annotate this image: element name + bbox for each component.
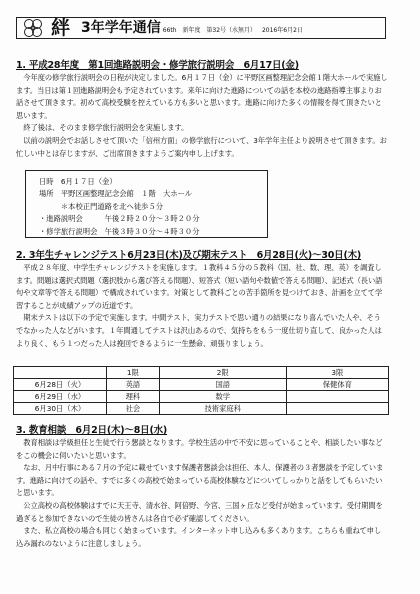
info-line: ・修学旅行説明会 午後３時３０分～４時３０分	[39, 226, 267, 238]
paragraph: 平成２８年度、中学生チャレンジテストを実施します。１教科４５分の５教科（国、社、…	[16, 262, 388, 312]
paragraph: また、私立高校の場合も同じく始まっています。インターネット申し込みも多くあります…	[16, 525, 388, 550]
header-cell	[14, 367, 107, 379]
table-header-row: 1限 2限 3限	[14, 367, 389, 379]
table-row: 6月30日（木） 社会 技術家庭科	[14, 403, 389, 415]
exam-schedule-table: 1限 2限 3限 6月28日（火） 英語 国語 保健体育 6月29日（水） 理科…	[13, 366, 389, 415]
newsletter-page: 絆 3年学年通信 66th 新年度 第32号（水無月） 2016年6月2日 1.…	[0, 0, 420, 594]
section-3-body: 教育相談は学級担任と生徒で行う懇談となります。学校生活の中で不安に思っていること…	[16, 437, 388, 550]
paragraph: 以前の説明会でお話しさせて頂いた「信州方面」の修学旅行について、3年学年主任より…	[16, 135, 388, 160]
paragraph: 公立高校の高校体験はすでに天王寺、清水谷、阿倍野、今宮、三国ヶ丘など受付が始まっ…	[16, 500, 388, 525]
info-line: 場所 平野区画整理記念会館 １階 大ホール	[39, 188, 267, 200]
event-info-box: 日時 6月１７日（金） 場所 平野区画整理記念会館 １階 大ホール ＊本校正門道…	[25, 170, 268, 238]
cell: 保健体育	[286, 379, 388, 391]
kizuna-mark: 絆	[51, 18, 69, 38]
section-2-body: 平成２８年度、中学生チャレンジテストを実施します。１教科４５分の５教科（国、社、…	[16, 262, 388, 350]
header-cell: 1限	[107, 367, 160, 379]
cell: 6月28日（火）	[14, 379, 107, 391]
cell: 理科	[107, 391, 160, 403]
section-3-title: 3. 教育相談 6月2日(木)～8日(水)	[16, 422, 167, 436]
cell: 社会	[107, 403, 160, 415]
section-1-body: 今年度の修学旅行説明会の日程が決定しました。6月１７日（金）に平野区画整理記念会…	[16, 72, 388, 160]
section-2-title: 2. 3年生チャレンジテスト6月23日(木)及び期末テスト 6月28日(火)～3…	[16, 247, 361, 261]
cell: 国語	[159, 379, 286, 391]
newsletter-header: 絆 3年学年通信 66th 新年度 第32号（水無月） 2016年6月2日	[16, 17, 386, 39]
issue-th: 66th	[163, 27, 177, 34]
paragraph: 今年度の修学旅行説明会の日程が決定しました。6月１７日（金）に平野区画整理記念会…	[16, 72, 388, 122]
paragraph: なお、月中行事にある７月の予定に載せています保護者懇談会は担任、本人、保護者の３…	[16, 462, 388, 500]
cell: 6月29日（水）	[14, 391, 107, 403]
info-line: ・進路説明会 午後２時２０分～３時２０分	[39, 213, 267, 225]
paragraph: 教育相談は学級担任と生徒で行う懇談となります。学校生活の中で不安に思っていること…	[16, 437, 388, 462]
cell	[286, 391, 388, 403]
cell	[286, 403, 388, 415]
newsletter-title: 3年学年通信	[81, 18, 161, 38]
issue-meta: 66th 新年度 第32号（水無月） 2016年6月2日	[163, 24, 307, 38]
cell: 数学	[159, 391, 286, 403]
cell: 6月30日（木）	[14, 403, 107, 415]
header-cell: 2限	[159, 367, 286, 379]
header-cell: 3限	[286, 367, 388, 379]
cell: 技術家庭科	[159, 403, 286, 415]
section-1-title: 1. 平成28年度 第1回進路説明会・修学旅行説明会 6月17日(金)	[16, 57, 299, 71]
edition: 新年度	[182, 27, 200, 34]
table-row: 6月29日（水） 理科 数学	[14, 391, 389, 403]
table-row: 6月28日（火） 英語 国語 保健体育	[14, 379, 389, 391]
issue-number: 第32号（水無月）	[206, 27, 256, 34]
cell: 英語	[107, 379, 160, 391]
clover-emblem-icon	[19, 18, 47, 38]
info-line: 日時 6月１７日（金）	[39, 176, 267, 188]
issue-date: 2016年6月2日	[262, 27, 303, 34]
info-line: ＊本校正門道路を北へ徒歩５分	[39, 201, 267, 213]
paragraph: 期末テストは以下の予定で実施します。中間テスト、実力テストで思い通りの結果になり…	[16, 312, 388, 350]
paragraph: 終了後は、そのまま修学旅行説明会を実施します。	[16, 122, 388, 135]
